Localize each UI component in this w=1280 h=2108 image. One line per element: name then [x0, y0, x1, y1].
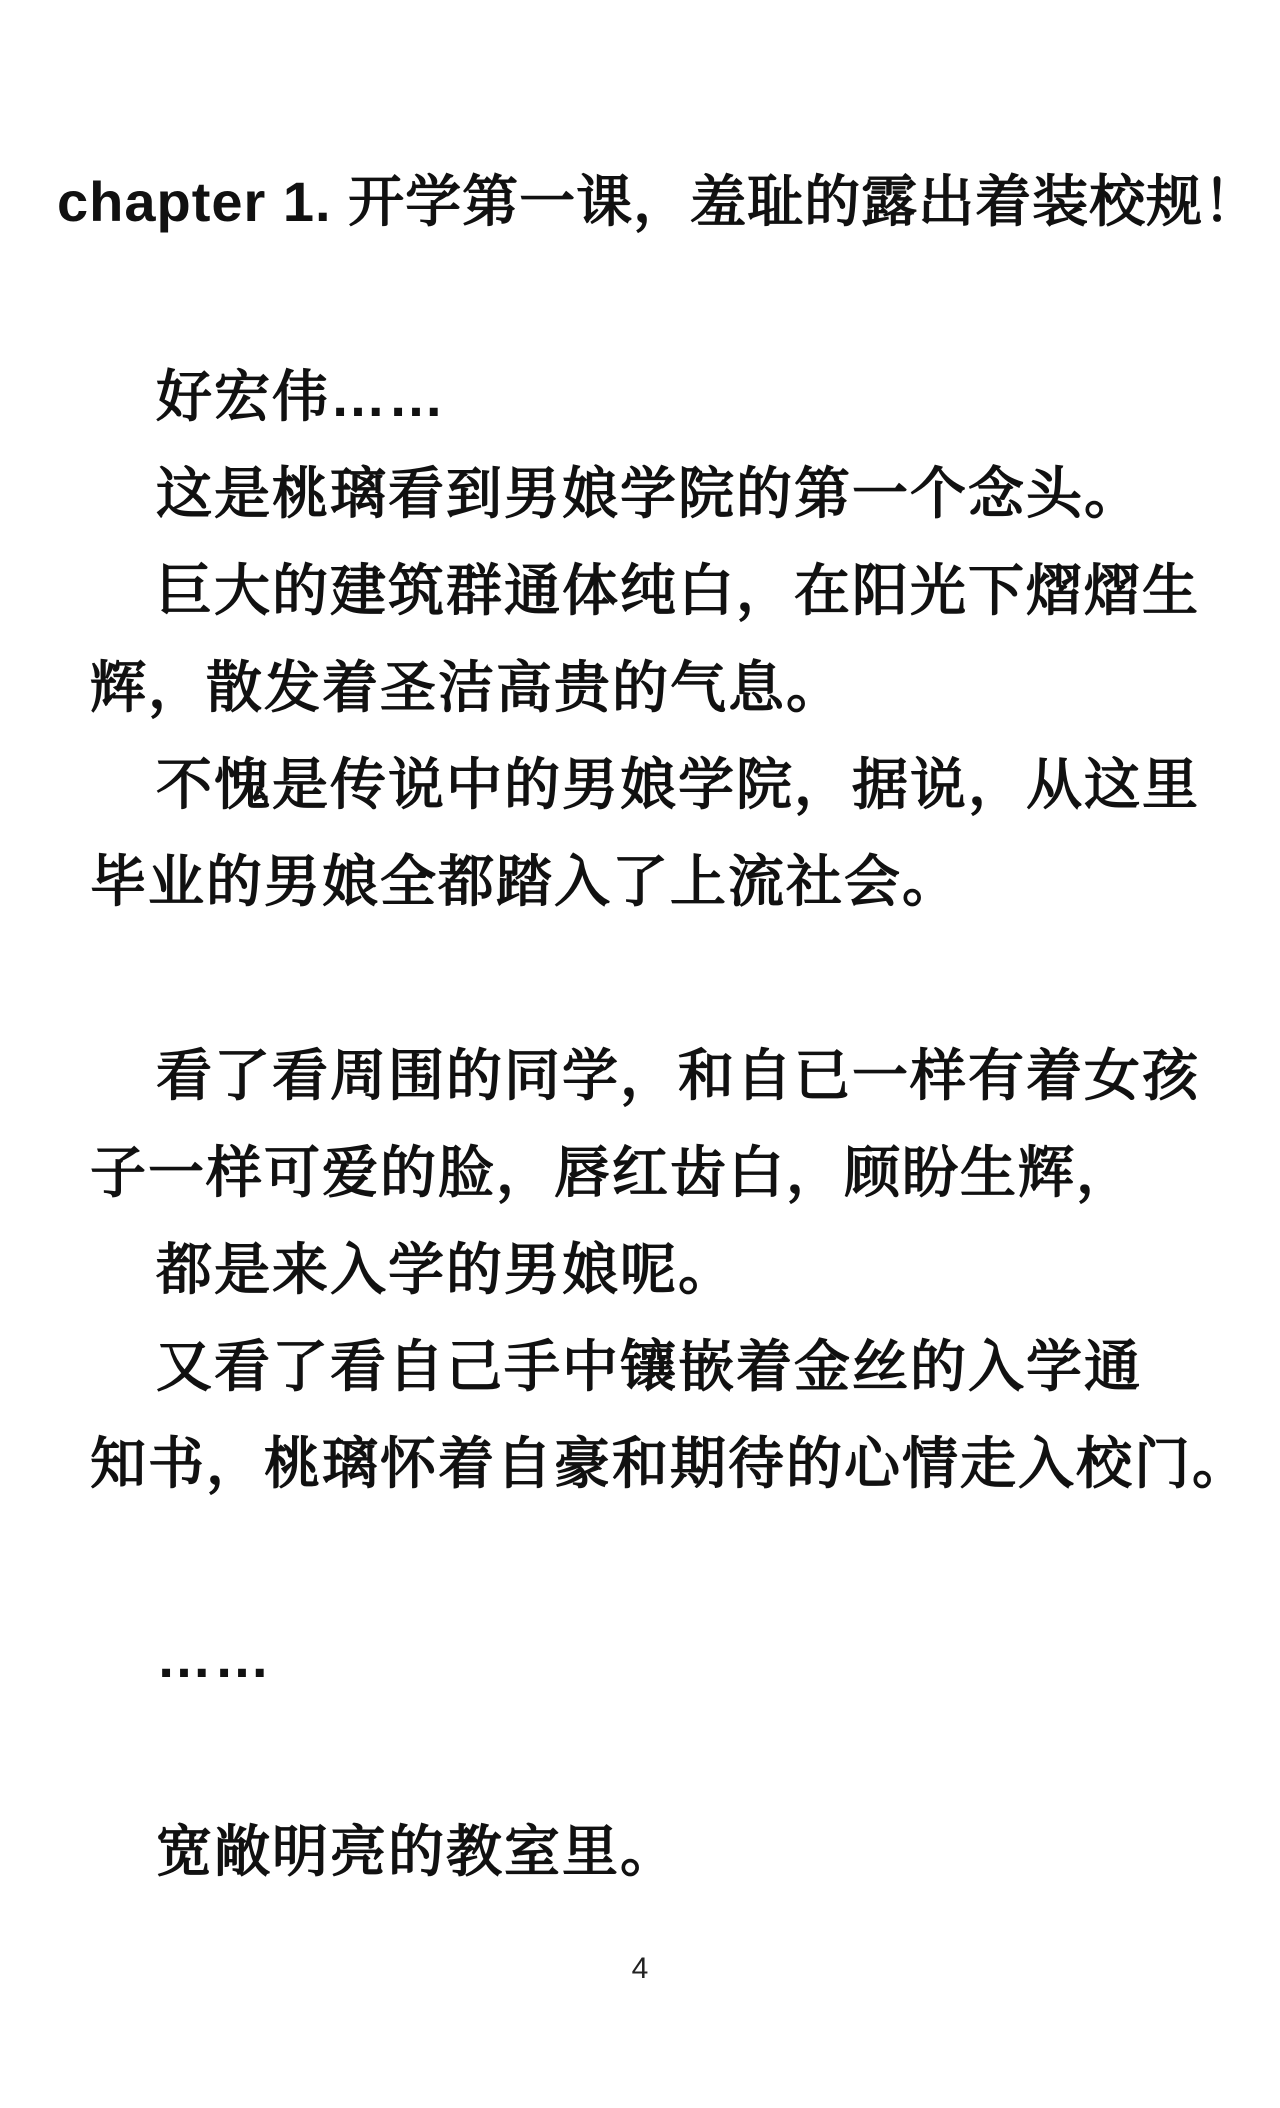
text-line: 看了看周围的同学，和自已一样有着女孩 [90, 1027, 1280, 1124]
body-text: 好宏伟……这是桃璃看到男娘学院的第一个念头。巨大的建筑群通体纯白，在阳光下熠熠生… [90, 348, 1280, 1900]
text-line: 子一样可爱的脸，唇红齿白，顾盼生辉， [90, 1124, 1280, 1221]
reader-page[interactable]: chapter 1. 开学第一课，羞耻的露出着装校规！ 好宏伟……这是桃璃看到男… [0, 0, 1280, 2108]
text-line: 不愧是传说中的男娘学院，据说，从这里 [90, 736, 1280, 833]
text-line: 都是来入学的男娘呢。 [90, 1221, 1280, 1318]
text-line: 毕业的男娘全都踏入了上流社会。 [90, 833, 1280, 930]
page-number: 4 [0, 1952, 1280, 1986]
text-line: 巨大的建筑群通体纯白，在阳光下熠熠生 [90, 542, 1280, 639]
text-line: 又看了看自己手中镶嵌着金丝的入学通 [90, 1318, 1280, 1415]
text-line: 这是桃璃看到男娘学院的第一个念头。 [90, 445, 1280, 542]
text-line [90, 1512, 1280, 1609]
text-line: 好宏伟…… [90, 348, 1280, 445]
chapter-title: chapter 1. 开学第一课，羞耻的露出着装校规！ [57, 174, 1260, 230]
text-line: 宽敞明亮的教室里。 [90, 1803, 1280, 1900]
text-line: 知书，桃璃怀着自豪和期待的心情走入校门。 [90, 1415, 1280, 1512]
text-line [90, 1706, 1280, 1803]
text-line: …… [90, 1609, 1280, 1706]
text-line: 辉，散发着圣洁高贵的气息。 [90, 639, 1280, 736]
text-line [90, 930, 1280, 1027]
